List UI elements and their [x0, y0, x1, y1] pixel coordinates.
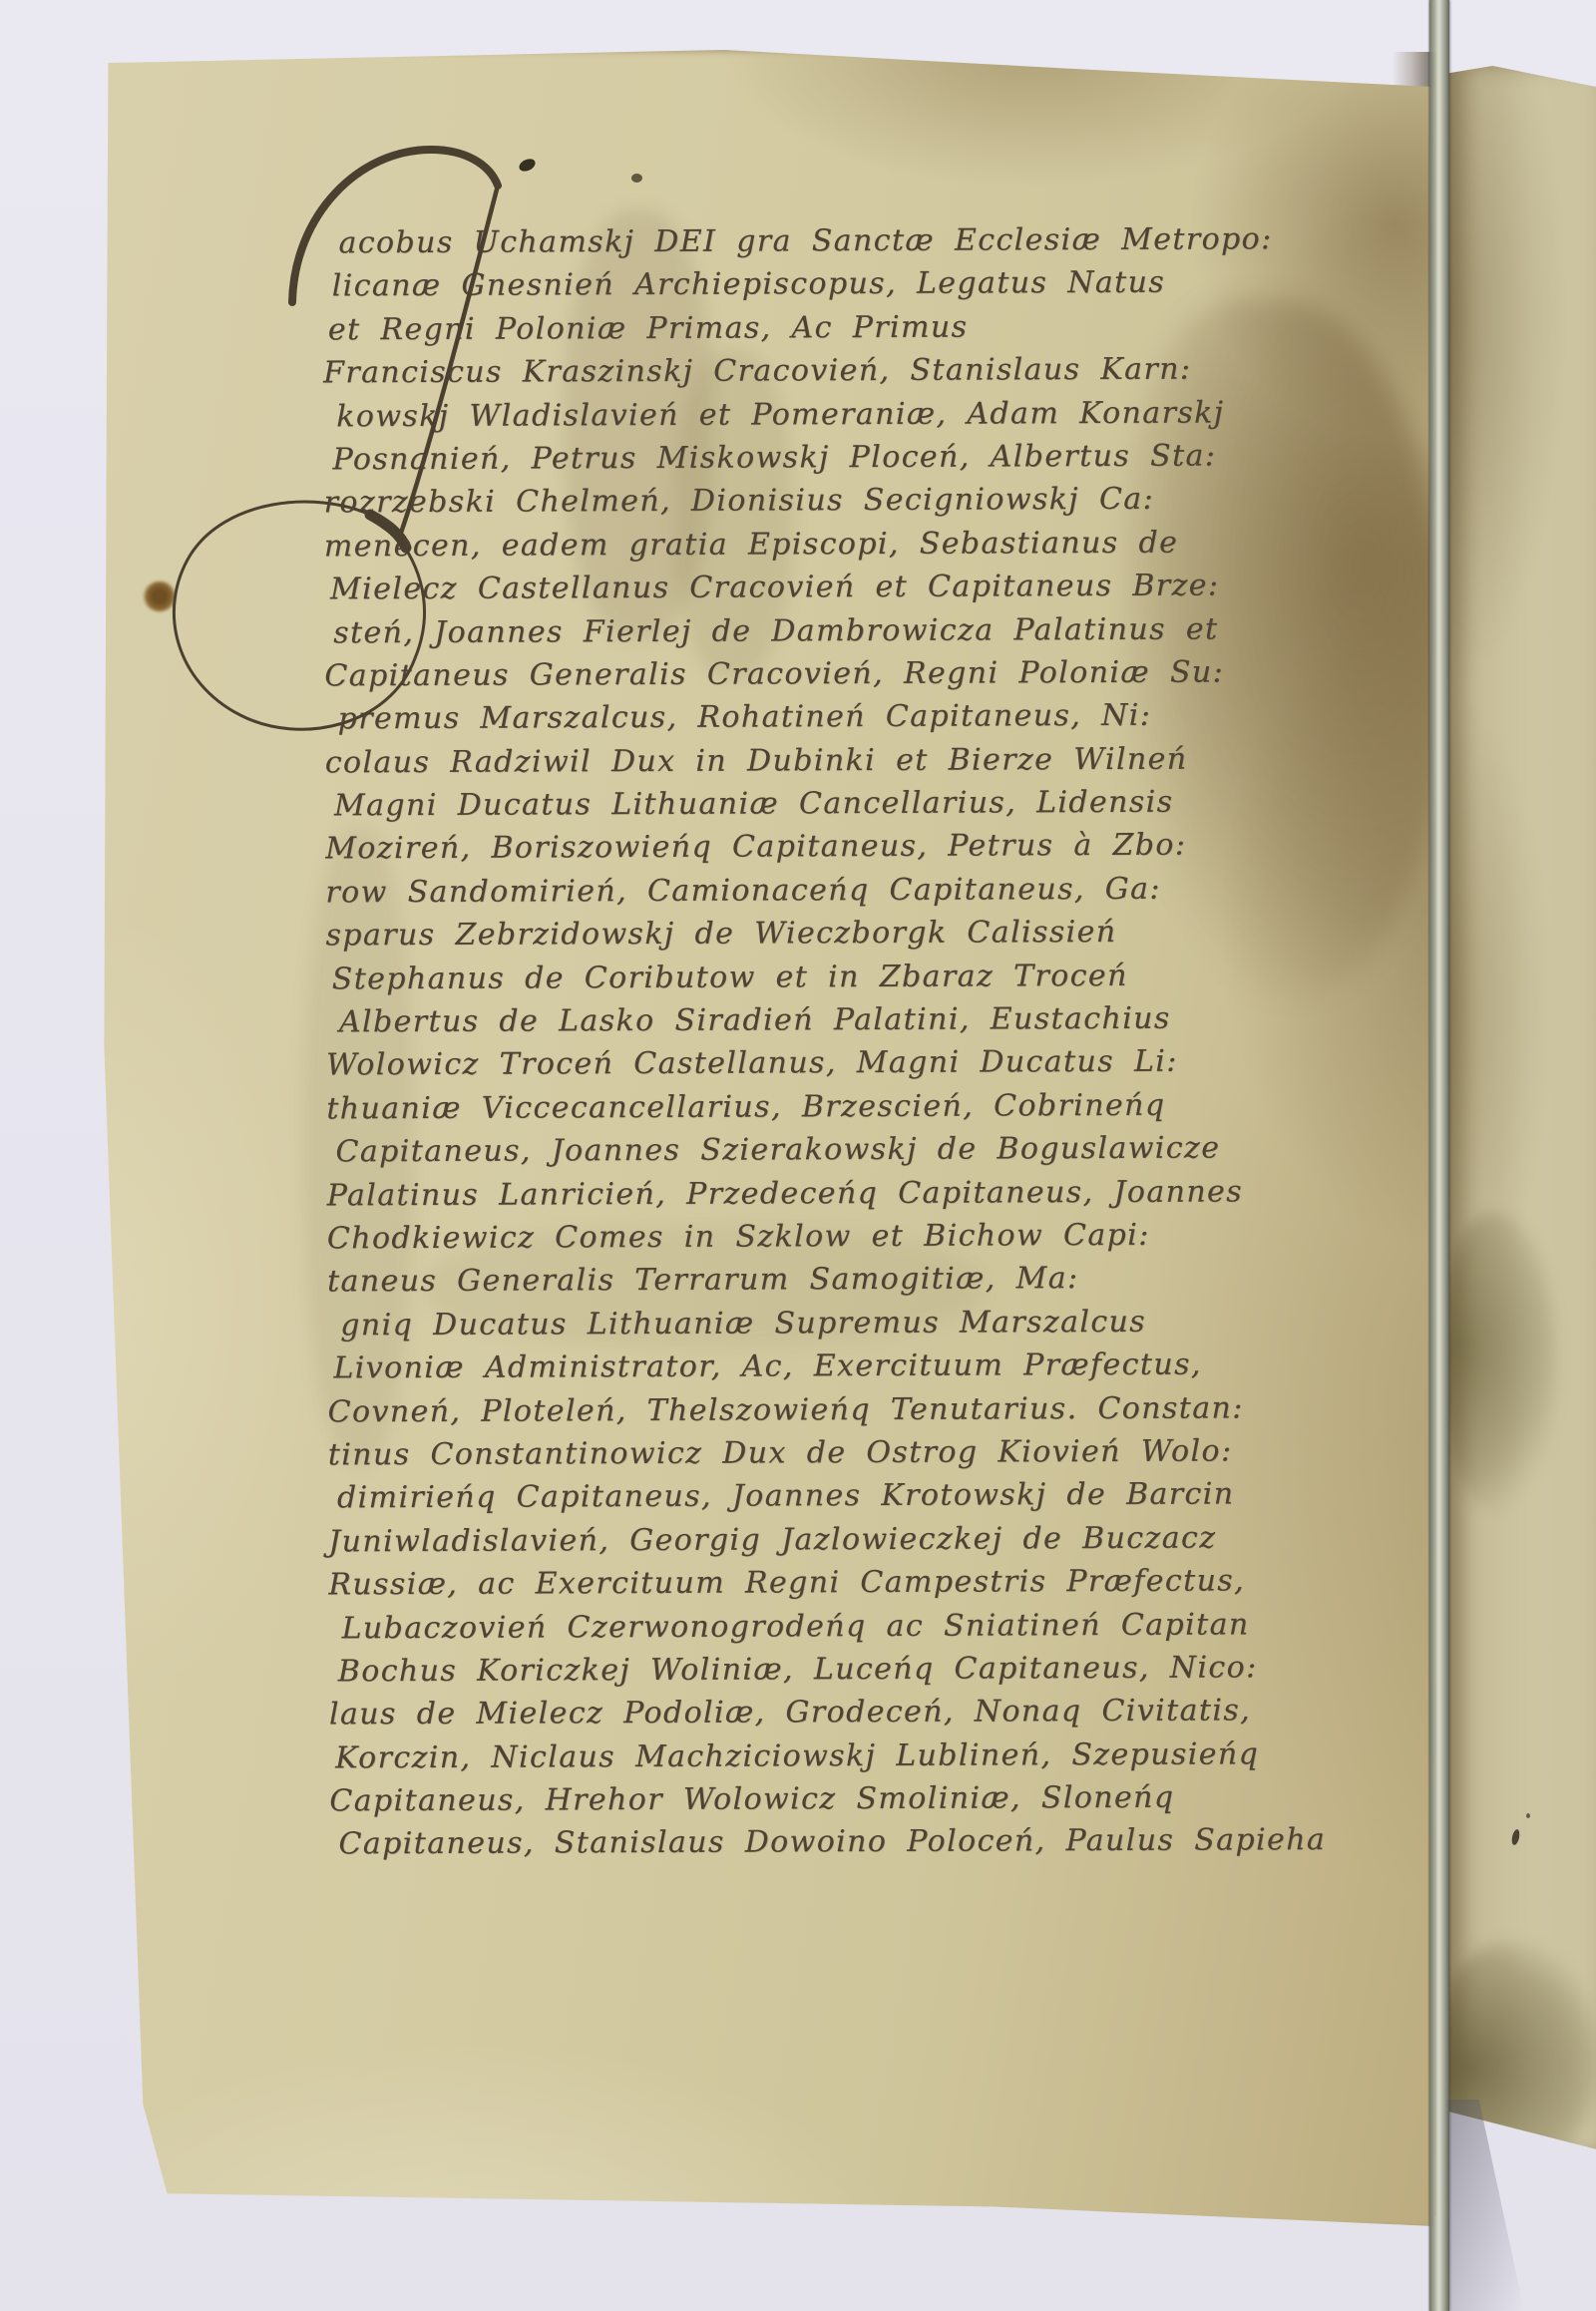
photograph-backdrop: acobus Uchamskj DEI gra Sanctæ Ecclesiæ …: [0, 0, 1596, 2311]
text-line: thuaniæ Viccecancellarius, Brzescień, Co…: [326, 1082, 1423, 1130]
text-line: rozrzebski Chelmeń, Dionisius Secigniows…: [324, 477, 1421, 525]
text-line: kowskj Wladislavień et Pomeraniæ, Adam K…: [336, 390, 1420, 438]
text-line: colaus Radziwil Dux in Dubinki et Bierze…: [325, 736, 1422, 784]
text-line: Mielecz Castellanus Cracovień et Capitan…: [330, 564, 1421, 611]
text-line: premus Marszalcus, Rohatineń Capitaneus,…: [337, 693, 1421, 741]
text-line: laus de Mielecz Podoliæ, Grodeceń, Nonaq…: [329, 1689, 1426, 1736]
rod-shadow: [1446, 2100, 1524, 2311]
text-line: licanæ Gnesnień Archiepiscopus, Legatus …: [332, 260, 1420, 308]
text-line: Magni Ducatus Lithuaniæ Cancellarius, Li…: [334, 780, 1422, 828]
glass-rod: [1429, 0, 1449, 2311]
damage-stain: [1440, 1213, 1558, 1512]
ink-speck: [1510, 1828, 1520, 1845]
text-line: steń, Joannes Fierlej de Dambrowicza Pal…: [333, 606, 1421, 654]
text-line: Livoniæ Administrator, Ac, Exercituum Pr…: [333, 1343, 1424, 1390]
text-line: Capitaneus Generalis Cracovień, Regni Po…: [324, 650, 1421, 698]
text-line: Capitaneus, Hrehor Wolowicz Smoliniæ, Sl…: [329, 1775, 1426, 1823]
text-line: Palatinus Lanricień, Przedeceńq Capitane…: [327, 1169, 1424, 1217]
text-line: Franciscus Kraszinskj Cracovień, Stanisl…: [323, 347, 1420, 395]
text-line: Mozireń, Boriszowieńq Capitaneus, Petrus…: [325, 823, 1422, 871]
text-line: taneus Generalis Terrarum Samogitiæ, Ma:: [327, 1256, 1424, 1304]
text-line: Albertus de Lasko Siradień Palatini, Eus…: [339, 996, 1423, 1044]
ink-speck: [1526, 1813, 1530, 1818]
text-line: Lubaczovień Czerwonogrodeńq ac Sniatineń…: [341, 1602, 1425, 1650]
text-line: Russiæ, ac Exercituum Regni Campestris P…: [328, 1559, 1425, 1607]
text-line: Bochus Koriczkej Woliniæ, Luceńq Capitan…: [338, 1645, 1426, 1693]
manuscript-text-block: acobus Uchamskj DEI gra Sanctæ Ecclesiæ …: [322, 217, 1426, 1867]
next-folio-edge: [1448, 66, 1596, 2155]
text-line: Capitaneus, Stanislaus Dowoino Poloceń, …: [338, 1818, 1426, 1866]
text-line: Covneń, Ploteleń, Thelszowieńq Tenutariu…: [328, 1385, 1425, 1433]
text-line: acobus Uchamskj DEI gra Sanctæ Ecclesiæ …: [338, 217, 1419, 265]
text-line: sparus Zebrzidowskj de Wieczborgk Caliss…: [325, 910, 1422, 958]
text-line: et Regni Poloniæ Primas, Ac Primus: [328, 303, 1420, 351]
text-line: Capitaneus, Joannes Szierakowskj de Bogu…: [335, 1126, 1423, 1174]
text-line: Chodkiewicz Comes in Szklow et Bichow Ca…: [327, 1213, 1424, 1261]
text-line: Posnanień, Petrus Miskowskj Ploceń, Albe…: [332, 434, 1420, 482]
text-line: Juniwladislavień, Georgig Jazlowieczkej …: [328, 1515, 1425, 1563]
text-line: row Sandomirień, Camionaceńq Capitaneus,…: [325, 866, 1422, 914]
text-line: Wolowicz Troceń Castellanus, Magni Ducat…: [326, 1039, 1423, 1087]
text-line: tinus Constantinowicz Dux de Ostrog Kiov…: [328, 1429, 1425, 1477]
text-line: gniq Ducatus Lithuaniæ Supremus Marszalc…: [340, 1299, 1424, 1347]
text-line: menecen, eadem gratia Episcopi, Sebastia…: [324, 520, 1421, 568]
text-line: Korczin, Niclaus Machziciowskj Lublineń,…: [335, 1732, 1426, 1779]
ink-speck: [631, 174, 642, 183]
text-line: Stephanus de Coributow et in Zbaraz Troc…: [332, 953, 1423, 1000]
text-line: dimirieńq Capitaneus, Joannes Krotowskj …: [337, 1472, 1425, 1520]
manuscript-page: acobus Uchamskj DEI gra Sanctæ Ecclesiæ …: [95, 50, 1434, 2226]
